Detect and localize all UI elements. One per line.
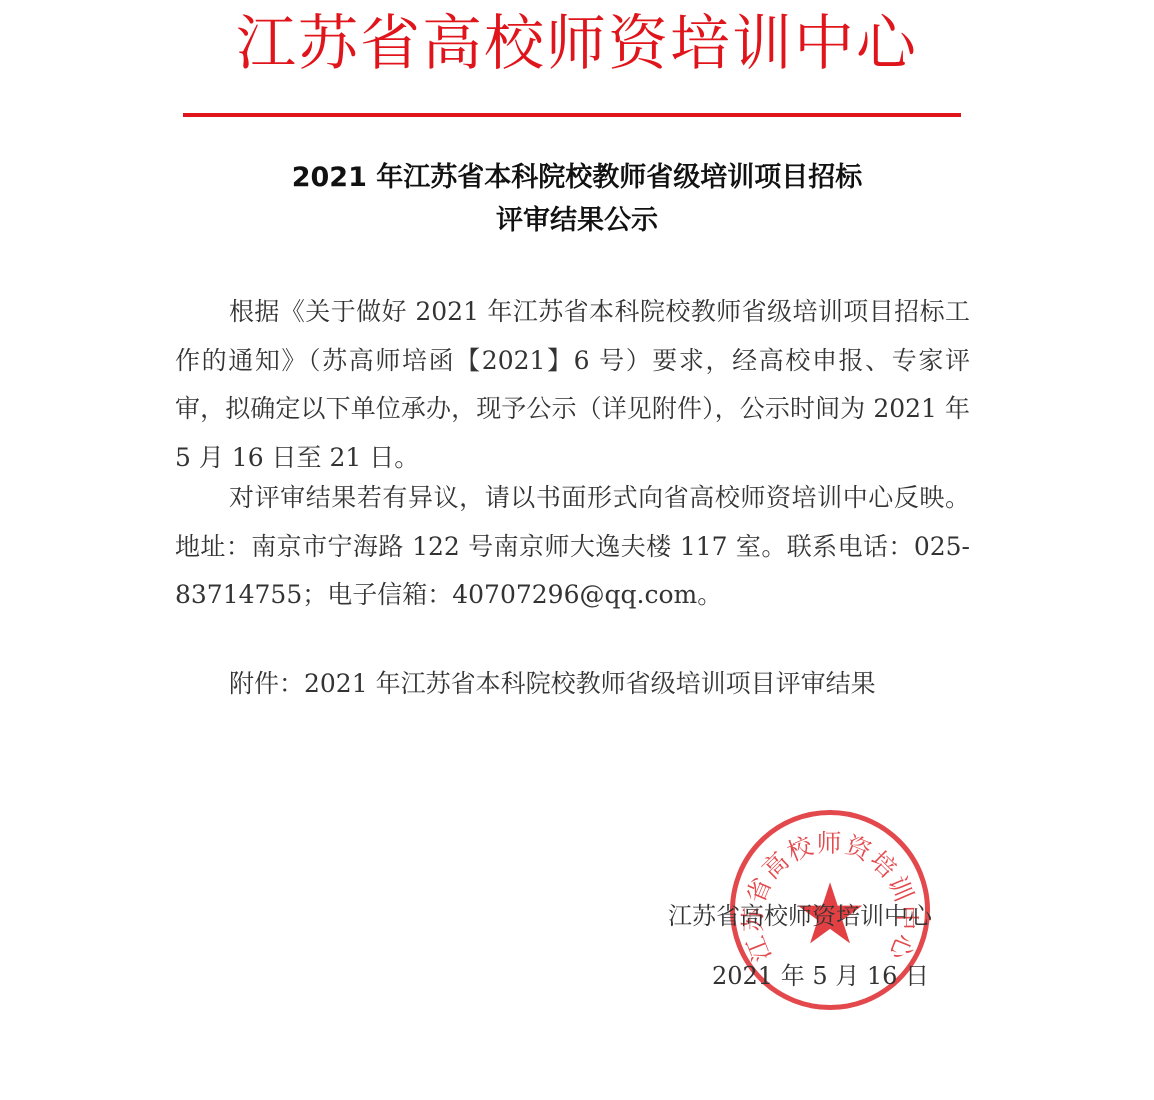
document-title-line-1: 2021 年江苏省本科院校教师省级培训项目招标 (0, 156, 1154, 199)
body-paragraph-1: 根据《关于做好 2021 年江苏省本科院校教师省级培训项目招标工作的通知》（苏高… (175, 288, 970, 482)
signature-organization: 江苏省高校师资培训中心 (668, 892, 932, 940)
letterhead-organization: 江苏省高校师资培训中心 (0, 4, 1154, 84)
document-title-line-2: 评审结果公示 (0, 199, 1154, 242)
signature-date: 2021 年 5 月 16 日 (712, 952, 929, 1000)
document-title: 2021 年江苏省本科院校教师省级培训项目招标 评审结果公示 (0, 156, 1154, 242)
body-paragraph-2: 对评审结果若有异议，请以书面形式向省高校师资培训中心反映。地址：南京市宁海路 1… (175, 474, 970, 620)
letterhead-divider (183, 113, 961, 117)
attachment-line: 附件：2021 年江苏省本科院校教师省级培训项目评审结果 (229, 660, 876, 708)
